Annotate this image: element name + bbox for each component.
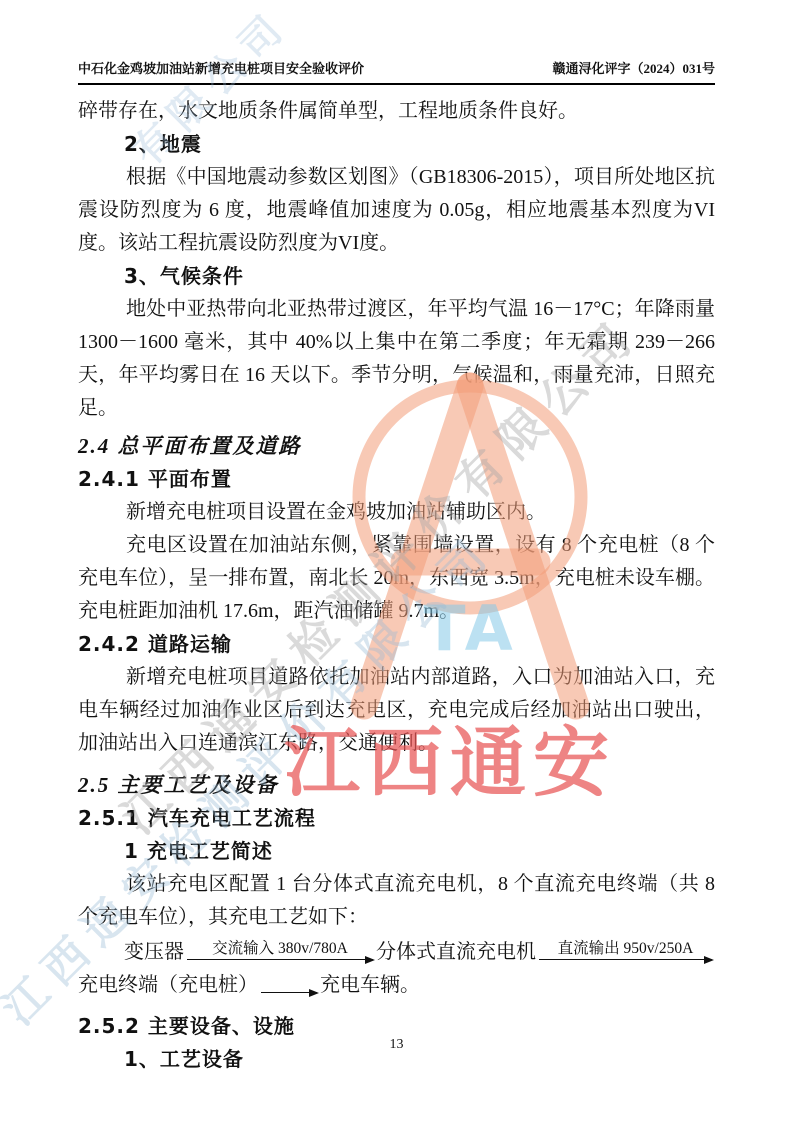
document-body: 碎带存在，水文地质条件属简单型，工程地质条件良好。 2、地震 根据《中国地震动参… bbox=[78, 95, 715, 1076]
charging-flow-row-2: 充电终端（充电桩） 充电车辆。 bbox=[78, 969, 715, 1002]
right-arrow-icon bbox=[539, 959, 712, 960]
heading-earthquake: 2、地震 bbox=[78, 128, 715, 161]
heading-2-5-1: 2.5.1 汽车充电工艺流程 bbox=[78, 802, 715, 835]
right-arrow-icon bbox=[261, 992, 317, 993]
flow-arrow-to-vehicle bbox=[261, 992, 317, 1002]
paragraph-geology: 碎带存在，水文地质条件属简单型，工程地质条件良好。 bbox=[78, 95, 715, 128]
heading-2-5: 2.5 主要工艺及设备 bbox=[78, 768, 715, 802]
charging-flow-row-1: 变压器 交流输入 380v/780A 分体式直流充电机 直流输出 950v/25… bbox=[78, 936, 715, 969]
header-right-doc-number: 赣通浔化评字（2024）031号 bbox=[552, 58, 715, 77]
flow-node-charger: 分体式直流充电机 bbox=[376, 936, 536, 969]
paragraph-2-4-2: 新增充电桩项目道路依托加油站内部道路，入口为加油站入口，充电车辆经过加油作业区后… bbox=[78, 661, 715, 760]
paragraph-earthquake: 根据《中国地震动参数区划图》（GB18306-2015），项目所处地区抗震设防烈… bbox=[78, 161, 715, 260]
flow-arrow-dc-output-label: 直流输出 950v/250A bbox=[552, 939, 700, 958]
flow-arrow-dc-output: 直流输出 950v/250A bbox=[539, 939, 712, 969]
right-arrow-icon bbox=[187, 959, 373, 960]
heading-charging-brief: 1 充电工艺简述 bbox=[78, 835, 715, 868]
heading-2-4: 2.4 总平面布置及道路 bbox=[78, 429, 715, 463]
flow-node-terminal: 充电终端（充电桩） bbox=[78, 969, 258, 1002]
document-page: 中石化金鸡坡加油站新增充电桩项目安全验收评价 赣通浔化评字（2024）031号 … bbox=[0, 0, 793, 1122]
flow-node-vehicle: 充电车辆。 bbox=[320, 969, 420, 1002]
page-header: 中石化金鸡坡加油站新增充电桩项目安全验收评价 赣通浔化评字（2024）031号 bbox=[78, 58, 715, 85]
heading-climate: 3、气候条件 bbox=[78, 260, 715, 293]
heading-2-4-1: 2.4.1 平面布置 bbox=[78, 463, 715, 496]
header-left-title: 中石化金鸡坡加油站新增充电桩项目安全验收评价 bbox=[78, 58, 364, 77]
page-number: 13 bbox=[0, 1037, 793, 1053]
paragraph-climate: 地处中亚热带向北亚热带过渡区，年平均气温 16－17°C；年降雨量 1300－1… bbox=[78, 293, 715, 425]
heading-2-4-2: 2.4.2 道路运输 bbox=[78, 628, 715, 661]
paragraph-2-4-1-a: 新增充电桩项目设置在金鸡坡加油站辅助区内。 bbox=[78, 496, 715, 529]
flow-arrow-ac-input-label: 交流输入 380v/780A bbox=[206, 939, 354, 958]
paragraph-2-5-1: 该站充电区配置 1 台分体式直流充电机，8 个直流充电终端（共 8 个充电车位）… bbox=[78, 868, 715, 934]
paragraph-2-4-1-b: 充电区设置在加油站东侧，紧靠围墙设置，设有 8 个充电桩（8 个充电车位），呈一… bbox=[78, 529, 715, 628]
flow-arrow-ac-input: 交流输入 380v/780A bbox=[187, 939, 373, 969]
flow-node-transformer: 变压器 bbox=[78, 936, 184, 969]
